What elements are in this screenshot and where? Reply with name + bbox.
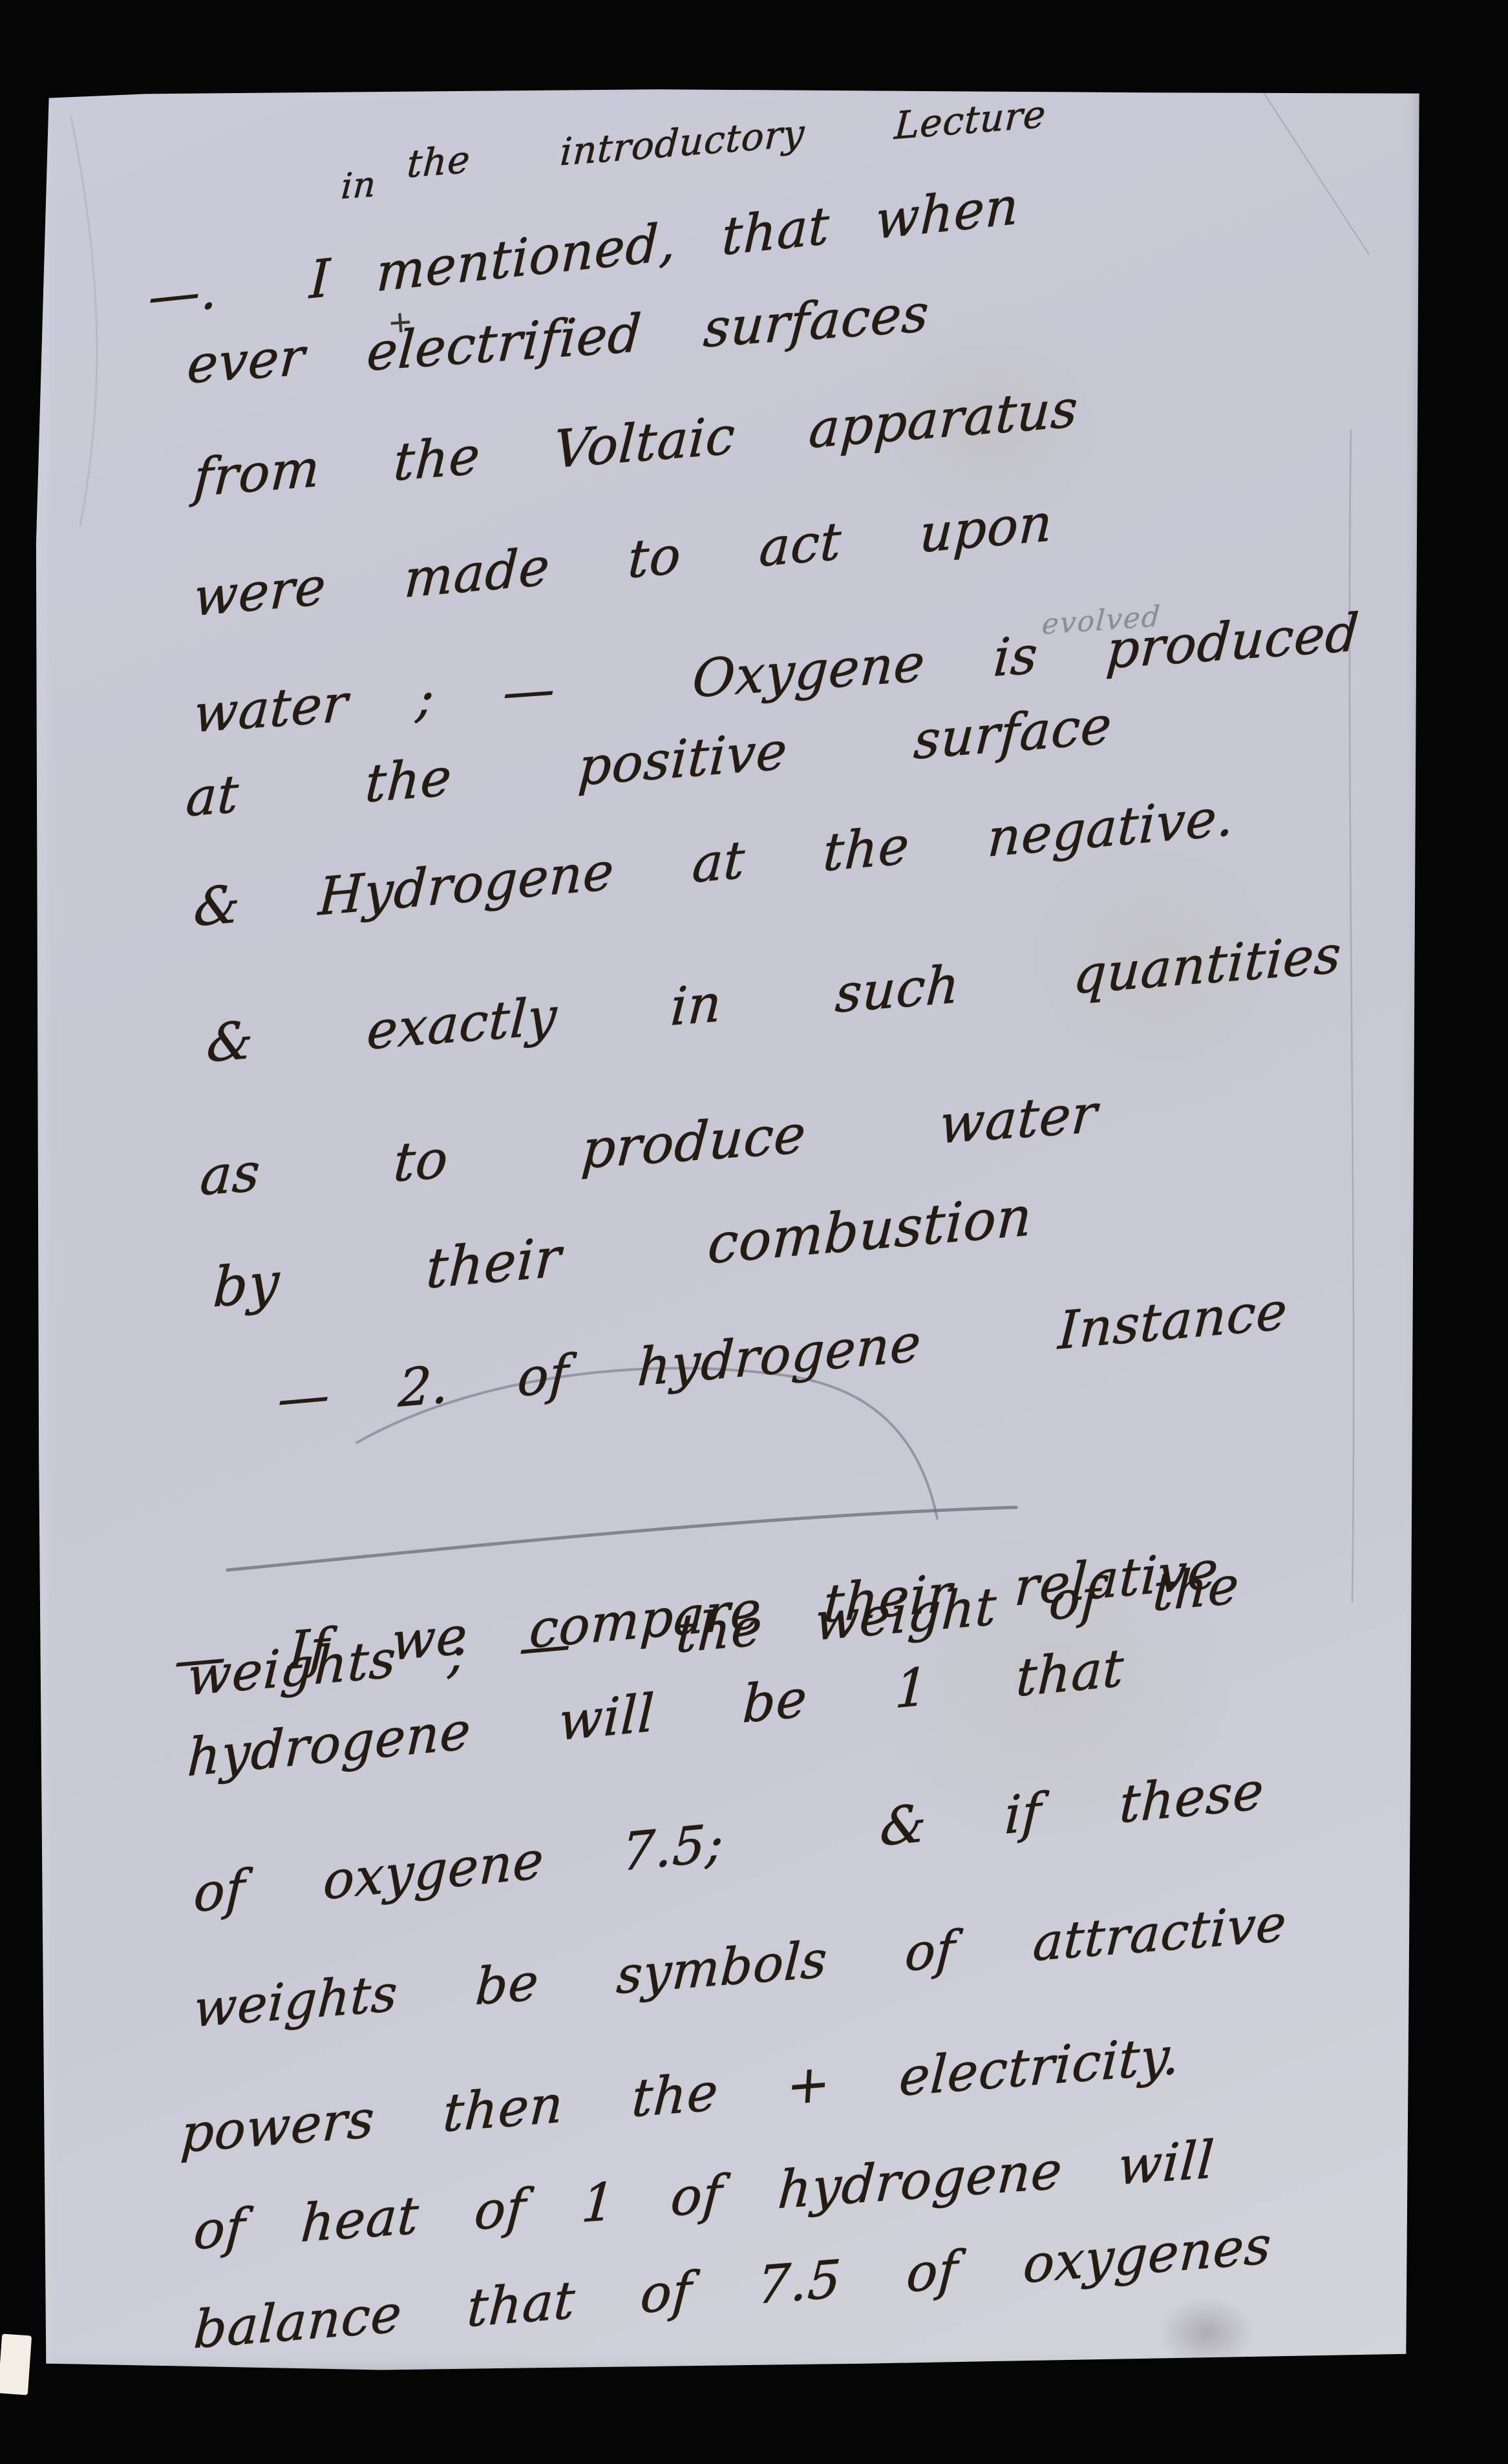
header-line: the introductory Lecture <box>406 95 1047 183</box>
handwritten-line-3: from the Voltaic apparatus <box>193 383 1080 504</box>
pencil-underline <box>228 1507 1016 1570</box>
fold-crease <box>1263 92 1369 255</box>
underleaf-page-edge <box>0 122 37 2353</box>
handwritten-line-5: water ; — Oxygene is produced <box>192 607 1361 741</box>
handwritten-line-16: weights be symbols of attractive <box>193 1898 1288 2035</box>
underleaf-corner-tab <box>0 2334 32 2395</box>
smudge-stain <box>1158 2297 1255 2368</box>
handwritten-line-4: were made to act upon <box>193 496 1054 624</box>
manuscript-page: in the introductory Lecture —. I mention… <box>34 87 1422 2372</box>
handwritten-line-11: — 2. of hydrogene Instance <box>277 1285 1289 1425</box>
header-insertion-word: in <box>340 167 377 204</box>
handwritten-line-15: of oxygene 7.5; & if these <box>193 1765 1265 1920</box>
handwritten-line-9: as to produce water <box>198 1088 1099 1204</box>
handwritten-line-17: powers then the + electricity. <box>180 2030 1182 2160</box>
left-crease <box>71 116 97 526</box>
handwritten-line-10: by their combustion <box>212 1189 1034 1315</box>
manuscript-photo: in the introductory Lecture —. I mention… <box>0 0 1508 2464</box>
handwritten-line-8: & exactly in such quantities <box>206 929 1343 1070</box>
